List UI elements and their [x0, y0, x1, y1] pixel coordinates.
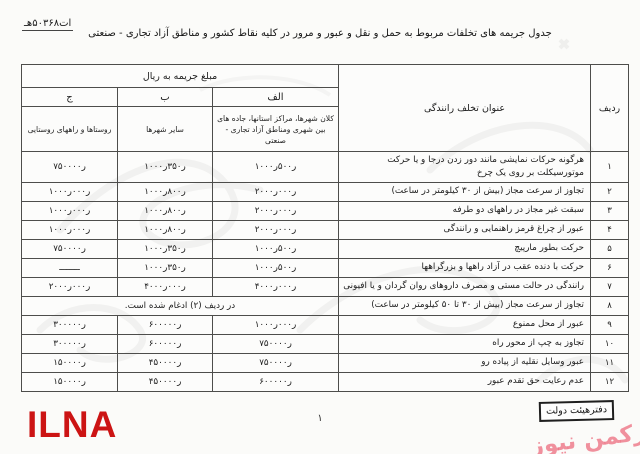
violation-cell: حرکت بطور مارپیچ: [339, 240, 591, 259]
column-subtitle-be: سایر شهرها: [118, 107, 213, 152]
row-number-cell: ۱۱: [591, 354, 629, 373]
fine-be-cell: ۶۰۰ر۰۰۰: [118, 316, 213, 335]
row-number-cell: ۵: [591, 240, 629, 259]
fine-be-cell: ۶۰۰ر۰۰۰: [118, 335, 213, 354]
table-row: ۵ حرکت بطور مارپیچ ۱ر۵۰۰ر۰۰۰ ۱ر۳۵۰ر۰۰۰ ۷…: [22, 240, 629, 259]
row-number-cell: ۸: [591, 297, 629, 316]
fine-be-cell: ۱ر۳۵۰ر۰۰۰: [118, 259, 213, 278]
fine-jim-cell: ۱ر۰۰۰ر۰۰۰: [22, 221, 118, 240]
column-letter-be: ب: [118, 88, 213, 107]
fine-jim-cell: ۳۰۰ر۰۰۰: [22, 335, 118, 354]
fine-jim-cell: ۱۵۰ر۰۰۰: [22, 373, 118, 392]
cabinet-office-stamp: دفترهیئت دولت: [539, 400, 615, 422]
fine-jim-cell: ۷۵۰ر۰۰۰: [22, 152, 118, 183]
fine-jim-cell: ــــــــ: [22, 259, 118, 278]
fine-be-cell: ۱ر۸۰۰ر۰۰۰: [118, 202, 213, 221]
table-row: ۴ عبور از چراغ قرمز راهنمایی و رانندگی ۲…: [22, 221, 629, 240]
fine-be-cell: ۴۵۰ر۰۰۰: [118, 373, 213, 392]
table-row: ۹ عبور از محل ممنوع ۱ر۰۰۰ر۰۰۰ ۶۰۰ر۰۰۰ ۳۰…: [22, 316, 629, 335]
fine-jim-cell: ۱ر۰۰۰ر۰۰۰: [22, 202, 118, 221]
violation-cell: حرکت با دنده عقب در آزاد راهها و بزرگراه…: [339, 259, 591, 278]
fine-alef-cell: ۴ر۰۰۰ر۰۰۰: [213, 278, 339, 297]
row-number-cell: ۹: [591, 316, 629, 335]
fine-alef-cell: ۱ر۵۰۰ر۰۰۰: [213, 259, 339, 278]
fine-alef-cell: ۷۵۰ر۰۰۰: [213, 354, 339, 373]
column-group-header-amount: مبلغ جریمه به ریال: [22, 65, 339, 88]
fine-alef-cell: ۷۵۰ر۰۰۰: [213, 335, 339, 354]
fine-alef-cell: ۲ر۰۰۰ر۰۰۰: [213, 202, 339, 221]
fine-jim-cell: ۱۵۰ر۰۰۰: [22, 354, 118, 373]
ilna-agency-logo: ILNA: [27, 404, 117, 446]
fine-alef-cell: ۶۰۰ر۰۰۰: [213, 373, 339, 392]
column-subtitle-jim: روستاها و راههای روستایی: [22, 107, 118, 152]
fine-alef-cell: ۲ر۰۰۰ر۰۰۰: [213, 183, 339, 202]
table-row: ۱۰ تجاوز به چپ از محور راه ۷۵۰ر۰۰۰ ۶۰۰ر۰…: [22, 335, 629, 354]
fine-jim-cell: ۳۰۰ر۰۰۰: [22, 316, 118, 335]
fine-be-cell: ۱ر۳۵۰ر۰۰۰: [118, 152, 213, 183]
violation-cell: هرگونه حرکات نمایشی مانند دور زدن درجا و…: [339, 152, 591, 183]
table-row: ۱۲ عدم رعایت حق تقدم عبور ۶۰۰ر۰۰۰ ۴۵۰ر۰۰…: [22, 373, 629, 392]
table-header-row-group: ردیف عنوان تخلف رانندگی مبلغ جریمه به ری…: [22, 65, 629, 88]
violation-cell: تجاوز به چپ از محور راه: [339, 335, 591, 354]
violation-cell: رانندگی در حالت مستی و مصرف داروهای روان…: [339, 278, 591, 297]
column-letter-alef: الف: [213, 88, 339, 107]
fine-jim-cell: ۱ر۰۰۰ر۰۰۰: [22, 183, 118, 202]
fine-be-cell: ۴ر۰۰۰ر۰۰۰: [118, 278, 213, 297]
scanned-document-page: { "page": { "doc_number": "ات۵۰۳۶۸هـ", "…: [0, 0, 640, 454]
column-header-violation: عنوان تخلف رانندگی: [339, 65, 591, 152]
table-row: ۶ حرکت با دنده عقب در آزاد راهها و بزرگر…: [22, 259, 629, 278]
fine-alef-cell: ۱ر۰۰۰ر۰۰۰: [213, 316, 339, 335]
row-number-cell: ۴: [591, 221, 629, 240]
row-number-cell: ۶: [591, 259, 629, 278]
table-row: ۱ هرگونه حرکات نمایشی مانند دور زدن درجا…: [22, 152, 629, 183]
row-number-cell: ۱۲: [591, 373, 629, 392]
fine-jim-cell: ۷۵۰ر۰۰۰: [22, 240, 118, 259]
violation-cell: عبور از محل ممنوع: [339, 316, 591, 335]
fine-alef-cell: ۱ر۵۰۰ر۰۰۰: [213, 152, 339, 183]
column-header-row-number: ردیف: [591, 65, 629, 152]
merged-into-row2-note: در ردیف (۲) ادغام شده است.: [22, 297, 339, 316]
row-number-cell: ۷: [591, 278, 629, 297]
row-number-cell: ۱۰: [591, 335, 629, 354]
violation-cell: عدم رعایت حق تقدم عبور: [339, 373, 591, 392]
document-title: جدول جریمه های تخلفات مربوط به حمل و نقل…: [0, 28, 640, 39]
column-letter-jim: ج: [22, 88, 118, 107]
row-number-cell: ۳: [591, 202, 629, 221]
violation-cell: سبقت غیر مجاز در راههای دو طرفه: [339, 202, 591, 221]
row-number-cell: ۲: [591, 183, 629, 202]
violation-cell: عبور از چراغ قرمز راهنمایی و رانندگی: [339, 221, 591, 240]
table-row-merged-note: ۸ تجاوز از سرعت مجاز (بیش از ۳۰ تا ۵۰ کی…: [22, 297, 629, 316]
violation-cell: عبور وسایل نقلیه از پیاده رو: [339, 354, 591, 373]
fine-be-cell: ۱ر۸۰۰ر۰۰۰: [118, 183, 213, 202]
fine-be-cell: ۱ر۳۵۰ر۰۰۰: [118, 240, 213, 259]
table-row: ۷ رانندگی در حالت مستی و مصرف داروهای رو…: [22, 278, 629, 297]
fine-alef-cell: ۱ر۵۰۰ر۰۰۰: [213, 240, 339, 259]
violation-cell: تجاوز از سرعت مجاز (بیش از ۳۰ کیلومتر در…: [339, 183, 591, 202]
fine-jim-cell: ۲ر۰۰۰ر۰۰۰: [22, 278, 118, 297]
fine-be-cell: ۴۵۰ر۰۰۰: [118, 354, 213, 373]
fine-alef-cell: ۲ر۰۰۰ر۰۰۰: [213, 221, 339, 240]
row-number-cell: ۱: [591, 152, 629, 183]
violation-cell: تجاوز از سرعت مجاز (بیش از ۳۰ تا ۵۰ کیلو…: [339, 297, 591, 316]
table-row: ۲ تجاوز از سرعت مجاز (بیش از ۳۰ کیلومتر …: [22, 183, 629, 202]
fine-be-cell: ۱ر۸۰۰ر۰۰۰: [118, 221, 213, 240]
traffic-fines-table: ردیف عنوان تخلف رانندگی مبلغ جریمه به ری…: [21, 64, 629, 392]
column-subtitle-alef: کلان شهرها، مراکز استانها، جاده های بین …: [213, 107, 339, 152]
table-row: ۱۱ عبور وسایل نقلیه از پیاده رو ۷۵۰ر۰۰۰ …: [22, 354, 629, 373]
table-row: ۳ سبقت غیر مجاز در راههای دو طرفه ۲ر۰۰۰ر…: [22, 202, 629, 221]
